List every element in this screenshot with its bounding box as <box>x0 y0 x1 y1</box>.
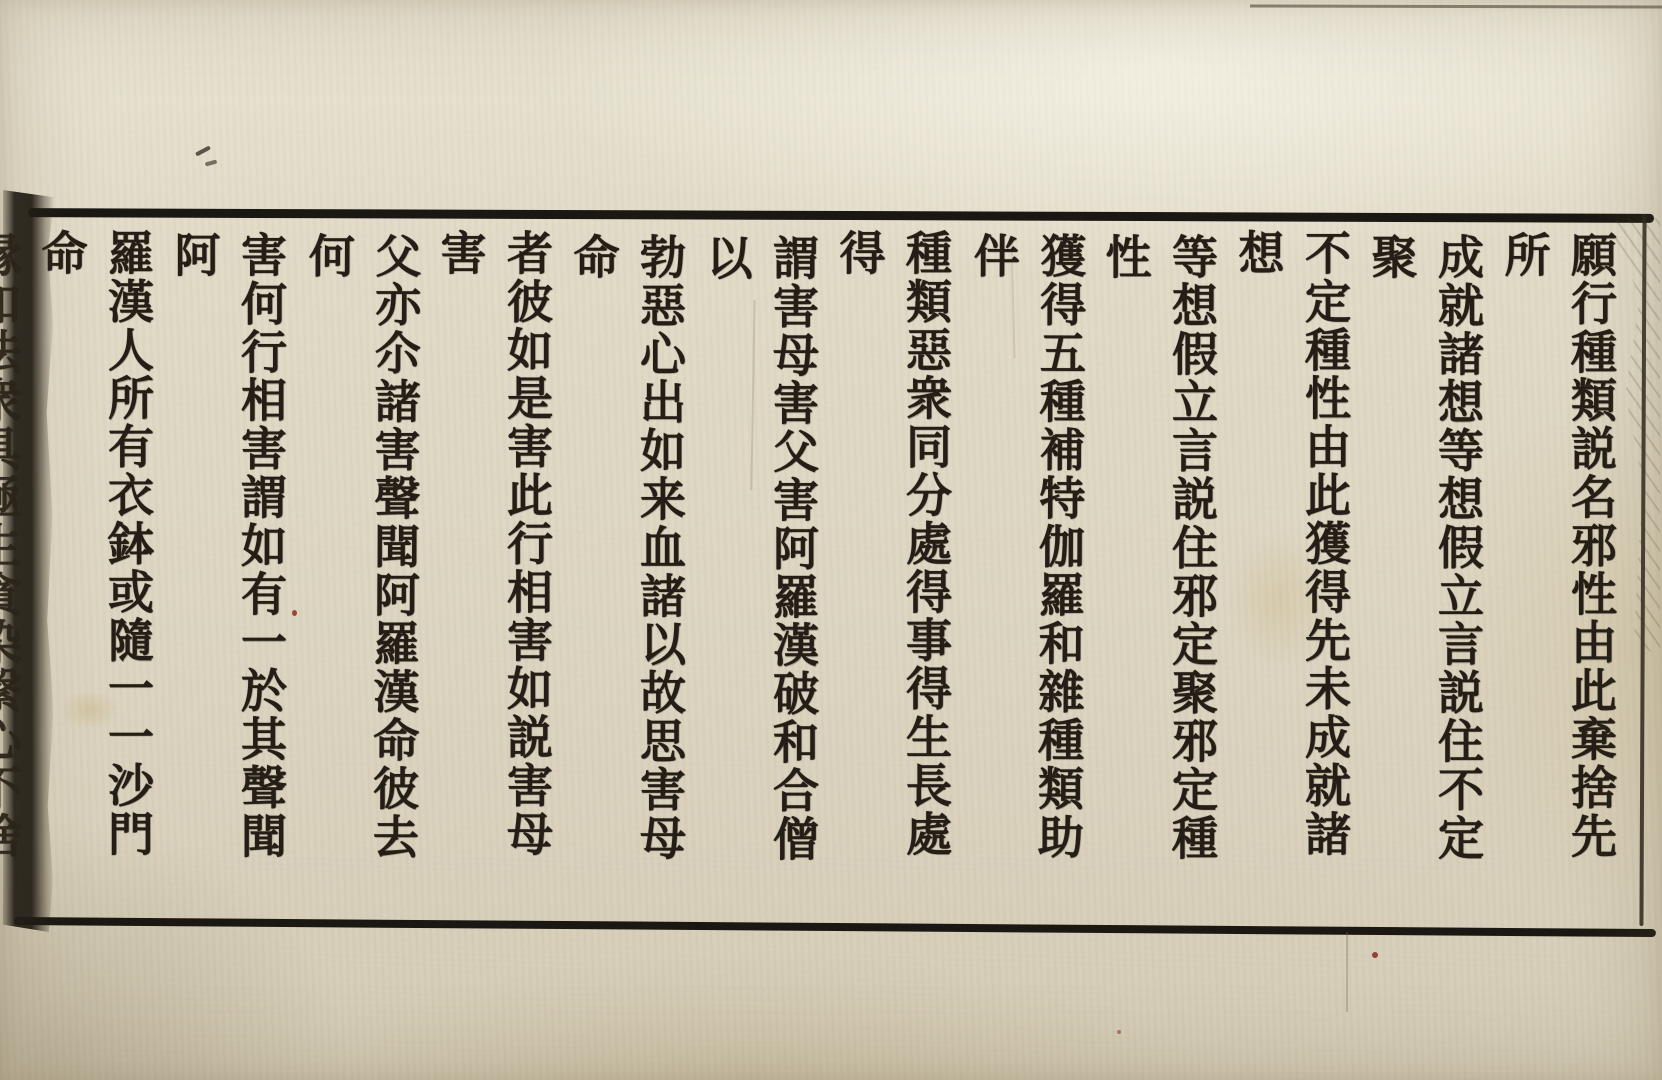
paper-crease <box>1346 932 1348 1012</box>
scanned-sutra-page: 願行種類説名邪性由此棄捨先所 成就諸想等想假立言説住不定聚 不定種性由此獲得先未… <box>0 0 1662 1080</box>
text-column: 不定種性由此獲得先未成就諸想 <box>1225 229 1358 905</box>
text-column: 者彼如是害此行相害如説害母害 <box>427 229 560 905</box>
ink-smudge <box>205 160 218 167</box>
text-column: 種類惡衆同分處得事得生長處得 <box>826 229 959 905</box>
top-border-rule <box>28 208 1654 223</box>
text-column: 羅漢人所有衣鉢或隨一一沙門命 <box>28 229 161 905</box>
text-column: 害何行相害謂如有一於其聲聞阿 <box>161 231 294 907</box>
text-column: 願行種類説名邪性由此棄捨先所 <box>1491 231 1624 907</box>
red-ink-speck <box>1372 952 1378 958</box>
text-block: 願行種類説名邪性由此棄捨先所 成就諸想等想假立言説住不定聚 不定種性由此獲得先未… <box>0 231 1624 907</box>
bottom-border-rule <box>14 917 1656 937</box>
paper-top-edge-line <box>1250 4 1662 8</box>
red-ink-speck <box>292 610 297 616</box>
text-column: 獲得五種補特伽羅和雜種類助伴 <box>958 232 1094 909</box>
text-column: 等想假立言説住邪定聚邪定種性 <box>1092 233 1225 909</box>
text-column: 謂害母害父害阿羅漢破和合僧以 <box>693 234 826 910</box>
text-column: 勃惡心出如来血諸以故思害母命 <box>560 233 693 909</box>
ink-smudge <box>195 145 211 156</box>
text-column: 成就諸想等想假立言説住不定聚 <box>1358 233 1491 909</box>
red-ink-speck <box>1117 1030 1121 1034</box>
text-column: 縁如法衆具極生貪染繫心不捨作 <box>0 231 28 907</box>
text-column: 父亦尒諸害聲聞阿羅漢命彼去何 <box>293 232 429 909</box>
